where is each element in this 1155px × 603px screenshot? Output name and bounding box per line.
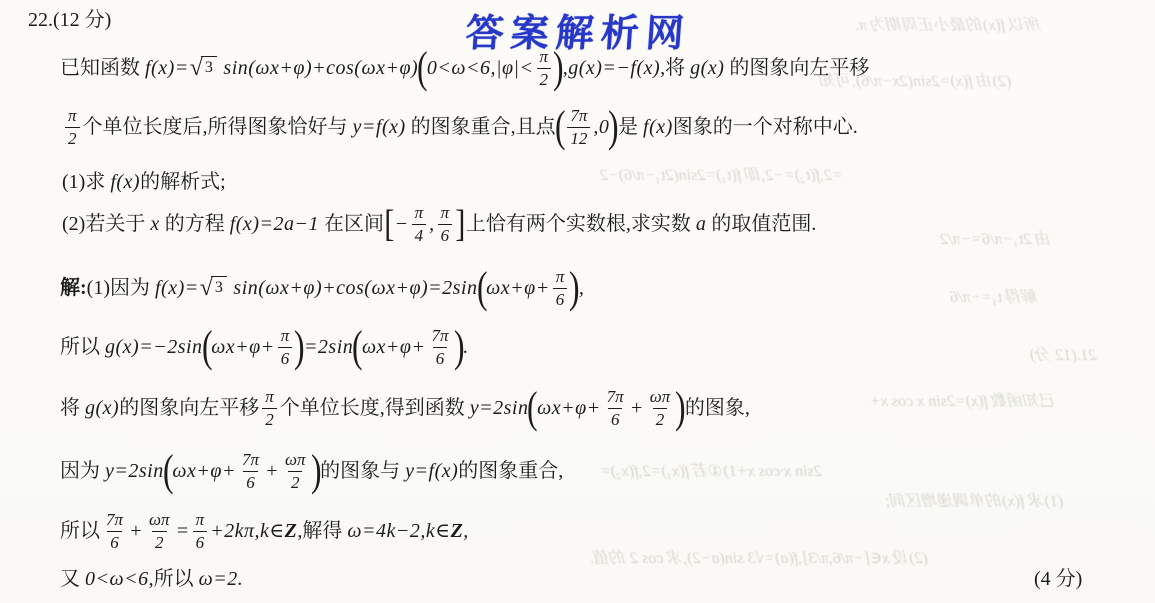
ghost-bleedthrough-text: (1)求 f(x)的单调递增区间; bbox=[885, 488, 1063, 511]
math-run: sin(ωx+φ)+cos(ωx+φ)=2sin bbox=[228, 276, 478, 301]
right-paren: ) bbox=[454, 327, 465, 367]
fraction: 7π6 bbox=[429, 327, 452, 368]
math-run: g(x) bbox=[85, 396, 119, 421]
left-paren: ( bbox=[417, 48, 428, 88]
ghost-bleedthrough-text: =2,f(t₂)=−2,即 f(t₁)=2sin(2t₁−π/6)−2 bbox=[600, 162, 843, 185]
denominator: 6 bbox=[553, 288, 568, 309]
left-paren: ( bbox=[555, 107, 566, 147]
statement-line-2: π2 个单位长度后,所得图象恰好与 y=f(x) 的图象重合,且点 ( 7π12… bbox=[62, 98, 858, 156]
denominator: 6 bbox=[193, 531, 208, 552]
left-paren: ( bbox=[163, 451, 174, 491]
text-run: 的图象重合, bbox=[458, 459, 563, 484]
numerator: 7π bbox=[429, 327, 452, 347]
math-run: ω=4k−2,k∈ bbox=[347, 519, 450, 544]
problem-number-label: 22.(12 分) bbox=[28, 8, 111, 33]
math-run: = bbox=[176, 519, 190, 544]
fraction: 7π6 bbox=[604, 388, 627, 429]
math-run: x bbox=[150, 212, 159, 237]
question-part-1: (1)求 f(x) 的解析式; bbox=[62, 167, 226, 197]
math-run: ωx+φ+ bbox=[537, 396, 601, 421]
math-run: ωx+φ+ bbox=[172, 459, 236, 484]
math-run: sin(ωx+φ)+cos(ωx+φ) bbox=[218, 56, 418, 81]
text-run: 因为 bbox=[60, 459, 105, 484]
math-run: f(x) bbox=[110, 170, 140, 195]
right-paren: ) bbox=[569, 268, 580, 308]
denominator: 6 bbox=[243, 471, 258, 492]
numerator: 7π bbox=[604, 388, 627, 408]
question-part-2: (2)若关于 x 的方程 f(x)=2a−1 在区间 [ − π4 , π6 ]… bbox=[62, 198, 816, 250]
text-run: 的解析式; bbox=[140, 170, 226, 195]
fraction: ωπ2 bbox=[647, 388, 674, 429]
math-run: a bbox=[696, 212, 707, 237]
fraction: π2 bbox=[65, 107, 80, 148]
fraction: 7π6 bbox=[103, 511, 126, 552]
math-run: =2sin bbox=[304, 335, 353, 360]
numerator: π bbox=[278, 327, 293, 347]
solution-line-1: 解: (1)因为 f(x)= √3 sin(ωx+φ)+cos(ωx+φ)=2s… bbox=[60, 258, 584, 318]
text-run: 的图象重合,且点 bbox=[406, 115, 556, 140]
solution-line-6: 又 0<ω<6 ,所以 ω=2. bbox=[60, 562, 243, 596]
math-run: ,g(x)=−f(x) bbox=[563, 56, 660, 81]
math-run: + bbox=[630, 396, 644, 421]
denominator: 6 bbox=[438, 224, 453, 245]
text-run: 的图象向左平移 bbox=[119, 396, 259, 421]
text-run: 个单位长度,得到函数 bbox=[280, 396, 470, 421]
text-run: 是 bbox=[618, 115, 643, 140]
math-run: ωx+φ+ bbox=[486, 276, 550, 301]
math-run: ωx+φ+ bbox=[362, 335, 426, 360]
denominator: 2 bbox=[653, 408, 668, 429]
left-bracket: [ bbox=[384, 207, 394, 241]
text-run: 所以 bbox=[60, 519, 100, 544]
numerator: 7π bbox=[239, 451, 262, 471]
numerator: ωπ bbox=[647, 388, 674, 408]
math-run: + bbox=[265, 459, 279, 484]
fraction: π6 bbox=[553, 268, 568, 309]
numerator: π bbox=[193, 511, 208, 531]
math-run: y=2sin bbox=[105, 459, 164, 484]
math-run: f(x)= bbox=[155, 276, 199, 301]
denominator: 2 bbox=[65, 127, 80, 148]
numerator: ωπ bbox=[282, 451, 309, 471]
math-run: 0<ω<6 bbox=[85, 567, 149, 592]
left-paren: ( bbox=[477, 268, 488, 308]
solution-line-3: 将 g(x) 的图象向左平移 π2 个单位长度,得到函数 y=2sin ( ωx… bbox=[60, 378, 750, 438]
text-run: 又 bbox=[60, 567, 85, 592]
math-run: f(x) bbox=[643, 115, 673, 140]
text-run: 的图象与 bbox=[320, 459, 405, 484]
text-run: 将 bbox=[60, 396, 85, 421]
math-run: − bbox=[395, 212, 409, 237]
fraction: π6 bbox=[438, 204, 453, 245]
right-paren: ) bbox=[294, 327, 305, 367]
numerator: π bbox=[262, 388, 277, 408]
numerator: π bbox=[65, 107, 80, 127]
right-paren: ) bbox=[675, 388, 686, 428]
numerator: π bbox=[537, 48, 552, 68]
math-run: f(x)= bbox=[145, 56, 189, 81]
denominator: 6 bbox=[107, 531, 122, 552]
denominator: 12 bbox=[567, 127, 590, 148]
denominator: 6 bbox=[433, 347, 448, 368]
fraction: π4 bbox=[412, 204, 427, 245]
math-run: , bbox=[429, 212, 435, 237]
fraction: π6 bbox=[278, 327, 293, 368]
denominator: 2 bbox=[152, 531, 167, 552]
solution-line-5: 所以 7π6 + ωπ2 = π6 +2kπ,k∈ Z ,解得 ω=4k−2,k… bbox=[60, 504, 469, 558]
math-run: g(x) bbox=[690, 56, 724, 81]
fraction: 7π12 bbox=[567, 107, 590, 148]
numerator: π bbox=[438, 204, 453, 224]
text-run: ,将 bbox=[660, 56, 690, 81]
statement-line-1: 已知函数 f(x)= √3 sin(ωx+φ)+cos(ωx+φ) ( 0<ω<… bbox=[60, 40, 869, 96]
problem-number: 22.(12 分) bbox=[28, 6, 111, 34]
denominator: 6 bbox=[278, 347, 293, 368]
integer-set-symbol: Z bbox=[451, 519, 464, 544]
denominator: 2 bbox=[262, 408, 277, 429]
text-run: 的图象向左平移 bbox=[724, 56, 869, 81]
score-annotation: (4 分) bbox=[1034, 562, 1082, 591]
left-paren: ( bbox=[528, 388, 539, 428]
ghost-bleedthrough-text: 由 2t₁−π/6=−π/2 bbox=[940, 226, 1051, 249]
math-run: + bbox=[129, 519, 143, 544]
left-paren: ( bbox=[352, 327, 363, 367]
ghost-bleedthrough-text: (2)设 x∈[−π/6,π/3],f(a)=√3 sin(a−2),求 cos… bbox=[590, 545, 928, 568]
numerator: 7π bbox=[567, 107, 590, 127]
math-run: ,0 bbox=[593, 115, 609, 140]
ghost-bleedthrough-text: 所以 f(x)的最小正周期为 π. bbox=[855, 12, 1041, 35]
right-paren: ) bbox=[553, 48, 564, 88]
math-run: 0<ω<6,|φ|< bbox=[427, 56, 534, 81]
radicand: 3 bbox=[211, 276, 227, 297]
math-run: y=f(x) bbox=[405, 459, 458, 484]
right-bracket: ] bbox=[455, 207, 465, 241]
math-run: ω=2. bbox=[199, 567, 244, 592]
text-run: 个单位长度后,所得图象恰好与 bbox=[83, 115, 353, 140]
ghost-bleedthrough-text: 2sin x·cos x+1)①若 f(x₁)=2,f(x₂)= bbox=[600, 458, 822, 481]
solution-line-4: 因为 y=2sin ( ωx+φ+ 7π6 + ωπ2 ) 的图象与 y=f(x… bbox=[60, 440, 563, 502]
fraction: ωπ2 bbox=[282, 451, 309, 492]
ghost-bleedthrough-text: 21.(12 分) bbox=[1030, 342, 1097, 365]
right-paren: ) bbox=[311, 451, 322, 491]
scanned-math-solution-page: 所以 f(x)的最小正周期为 π. (2)由 f(x)=2sin(2x−π/6)… bbox=[0, 0, 1155, 603]
text-run: 上恰有两个实数根,求实数 bbox=[466, 212, 696, 237]
fraction: 7π6 bbox=[239, 451, 262, 492]
solution-line-2: 所以 g(x)=−2sin ( ωx+φ+ π6 ) =2sin ( ωx+φ+… bbox=[60, 318, 469, 376]
fraction: π2 bbox=[262, 388, 277, 429]
numerator: 7π bbox=[103, 511, 126, 531]
text-run: (1)因为 bbox=[87, 276, 155, 301]
fraction: π6 bbox=[193, 511, 208, 552]
numerator: π bbox=[412, 204, 427, 224]
math-run: +2kπ,k∈ bbox=[210, 519, 285, 544]
fraction: π2 bbox=[537, 48, 552, 89]
text-run: 的取值范围. bbox=[706, 212, 816, 237]
denominator: 2 bbox=[288, 471, 303, 492]
text-run: (2)若关于 bbox=[62, 212, 150, 237]
denominator: 2 bbox=[537, 68, 552, 89]
sqrt-expression: √3 bbox=[200, 276, 227, 300]
solution-label: 解: bbox=[60, 276, 87, 301]
text-run: 已知函数 bbox=[60, 56, 145, 81]
denominator: 6 bbox=[608, 408, 623, 429]
math-run: y=f(x) bbox=[353, 115, 406, 140]
math-run: ωx+φ+ bbox=[211, 335, 275, 360]
ghost-bleedthrough-text: 已知函数 f(x)=2sin x cos x+ bbox=[870, 388, 1056, 411]
math-run: f(x)=2a−1 bbox=[230, 212, 319, 237]
math-run: g(x)=−2sin bbox=[105, 335, 203, 360]
text-run: 图象的一个对称中心. bbox=[673, 115, 858, 140]
text-run: ,解得 bbox=[297, 519, 347, 544]
math-run: y=2sin bbox=[470, 396, 529, 421]
text-run: 的方程 bbox=[160, 212, 230, 237]
ghost-bleedthrough-text: 解得 t₁=−π/6 bbox=[950, 284, 1038, 307]
text-run: (1)求 bbox=[62, 170, 110, 195]
right-paren: ) bbox=[608, 107, 619, 147]
text-run: ,所以 bbox=[149, 567, 199, 592]
fraction: ωπ2 bbox=[146, 511, 173, 552]
text-run: 的图象, bbox=[685, 396, 750, 421]
numerator: ωπ bbox=[146, 511, 173, 531]
denominator: 4 bbox=[412, 224, 427, 245]
text-run: 在区间 bbox=[319, 212, 384, 237]
text-run: 所以 bbox=[60, 335, 105, 360]
radicand: 3 bbox=[201, 56, 217, 77]
integer-set-symbol: Z bbox=[285, 519, 298, 544]
math-run: , bbox=[579, 276, 585, 301]
numerator: π bbox=[553, 268, 568, 288]
left-paren: ( bbox=[202, 327, 213, 367]
math-run: , bbox=[463, 519, 469, 544]
sqrt-expression: √3 bbox=[190, 56, 217, 80]
